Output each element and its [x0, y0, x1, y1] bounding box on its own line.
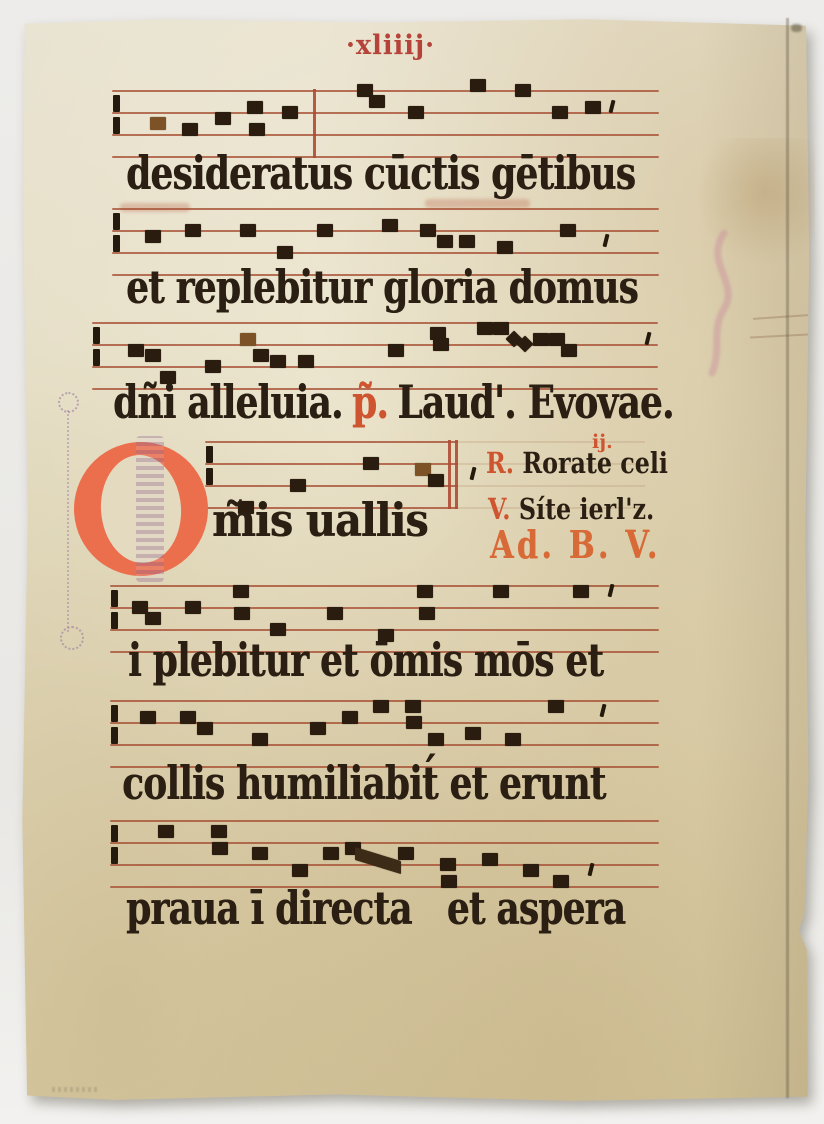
- versicle-text: Síte ierl'z.: [519, 492, 654, 526]
- neume: [249, 123, 265, 136]
- clef-mark: [113, 235, 120, 252]
- custos: [608, 99, 615, 113]
- neume: [211, 825, 227, 838]
- neume: [428, 733, 444, 746]
- staff-line: [112, 112, 659, 114]
- chant-line4-rubric: Ad. B. V.: [490, 526, 661, 564]
- neume: [234, 607, 250, 620]
- chant-line3-rubric-p: p̃.: [352, 375, 388, 429]
- neume: [459, 235, 475, 248]
- clef-mark: [111, 825, 118, 842]
- staff-line: [112, 90, 659, 92]
- neume: [342, 711, 358, 724]
- custos: [602, 234, 609, 248]
- staff-line: [205, 485, 458, 487]
- neume: [406, 716, 422, 729]
- bar-line: [455, 440, 458, 509]
- neume: [523, 864, 539, 877]
- clef-mark: [93, 327, 100, 344]
- neume: [417, 585, 433, 598]
- staff-line: [92, 322, 658, 324]
- neume: [145, 612, 161, 625]
- neume: [292, 864, 308, 877]
- manuscript-photo: { "page": { "description": "Manuscript l…: [0, 0, 824, 1124]
- neume: [252, 847, 268, 860]
- neume: [323, 847, 339, 860]
- neume: [465, 727, 481, 740]
- neume: [182, 123, 198, 136]
- neume: [145, 349, 161, 362]
- neume: [373, 700, 389, 713]
- neume: [552, 106, 568, 119]
- neume: [180, 711, 196, 724]
- neume: [128, 344, 144, 357]
- clef-mark: [111, 847, 118, 864]
- neume: [405, 700, 421, 713]
- responsory-label: R.: [486, 446, 514, 480]
- neume: [437, 235, 453, 248]
- bar-line: [448, 440, 451, 509]
- neume: [470, 79, 486, 92]
- neume: [548, 700, 564, 713]
- chant-text-line-1: desideratus cūctis gētibus: [126, 150, 635, 196]
- clef-mark: [113, 213, 120, 230]
- chant-line3-black: dñi alleluia.: [113, 375, 343, 429]
- neume: [561, 344, 577, 357]
- neume: [420, 224, 436, 237]
- neume: [382, 219, 398, 232]
- clef-mark: [111, 727, 118, 744]
- neume: [240, 333, 256, 346]
- staff-line: [112, 252, 659, 254]
- neume: [298, 355, 314, 368]
- chant-text-line-4: m̃is uallis: [212, 497, 428, 543]
- neume: [240, 224, 256, 237]
- neume: [270, 355, 286, 368]
- clef-mark: [206, 468, 213, 485]
- neume: [252, 733, 268, 746]
- neume: [185, 224, 201, 237]
- neume: [277, 246, 293, 259]
- neume: [505, 733, 521, 746]
- page-content: ·xliiij· desideratus cūctis gētibus et r…: [0, 0, 824, 1124]
- responsory-text: Rorate celi: [522, 446, 668, 480]
- staff-line: [110, 842, 659, 844]
- neume: [560, 224, 576, 237]
- neume: [215, 112, 231, 125]
- clef-mark: [111, 590, 118, 607]
- chant-text-line-5: i plebitur et ōmis mōs et: [128, 637, 603, 683]
- clef-mark: [111, 705, 118, 722]
- neume: [433, 338, 449, 351]
- filigree-swirl: [58, 392, 79, 413]
- neume: [428, 474, 444, 487]
- neume: [212, 842, 228, 855]
- neume: [497, 241, 513, 254]
- staff-line: [112, 208, 659, 210]
- responsory-cue: R. Rorate celi: [486, 449, 668, 478]
- neume: [493, 585, 509, 598]
- staff-line: [110, 744, 659, 746]
- neume: [515, 84, 531, 97]
- neume: [388, 344, 404, 357]
- margin-filigree: [56, 392, 80, 650]
- clef-mark: [111, 612, 118, 629]
- neume: [253, 349, 269, 362]
- neume: [197, 722, 213, 735]
- neume: [185, 601, 201, 614]
- ghost-staff-line: [458, 485, 645, 487]
- staff-line: [110, 820, 659, 822]
- chant-text-line-7: praua ī directa et aspera: [126, 885, 625, 931]
- neume: [493, 322, 509, 335]
- neume: [363, 457, 379, 470]
- custos: [599, 704, 606, 718]
- neume: [585, 101, 601, 114]
- neume: [282, 106, 298, 119]
- chant-text-line-3: dñi alleluia.p̃.Laud'. Evovae.: [113, 379, 674, 425]
- ghost-staff-line: [458, 441, 645, 443]
- neume: [440, 858, 456, 871]
- neume: [477, 322, 493, 335]
- neume: [317, 224, 333, 237]
- clef-mark: [113, 95, 120, 112]
- neume: [233, 585, 249, 598]
- staff-line: [205, 441, 458, 443]
- neume: [482, 853, 498, 866]
- clef-mark: [93, 349, 100, 366]
- neume: [398, 847, 414, 860]
- custos: [469, 467, 476, 481]
- neume: [247, 101, 263, 114]
- versicle-cue: V. Síte ierl'z.: [488, 495, 654, 524]
- chant-text-line-6: collis humiliabit́ et erunt: [122, 760, 606, 806]
- neume: [573, 585, 589, 598]
- neume: [419, 607, 435, 620]
- filigree-stem: [67, 410, 69, 632]
- neume: [408, 106, 424, 119]
- ligature-neume: [355, 847, 401, 874]
- filigree-infill: [136, 436, 164, 582]
- clef-mark: [206, 446, 213, 463]
- chant-line3-differentia: Laud'. Evovae.: [397, 375, 673, 429]
- chant-text-line-2: et replebitur gloria domus: [126, 264, 638, 310]
- staff-7: [110, 820, 659, 890]
- neume: [205, 360, 221, 373]
- neume: [150, 117, 166, 130]
- versicle-label: V.: [488, 492, 511, 526]
- neume: [310, 722, 326, 735]
- clef-mark: [113, 117, 120, 134]
- neume: [533, 333, 549, 346]
- filigree-swirl: [60, 626, 84, 650]
- custos: [644, 331, 651, 345]
- neume: [158, 825, 174, 838]
- neume: [290, 479, 306, 492]
- neume: [145, 230, 161, 243]
- neume: [140, 711, 156, 724]
- staff-line: [92, 366, 658, 368]
- neume: [327, 607, 343, 620]
- neume: [369, 95, 385, 108]
